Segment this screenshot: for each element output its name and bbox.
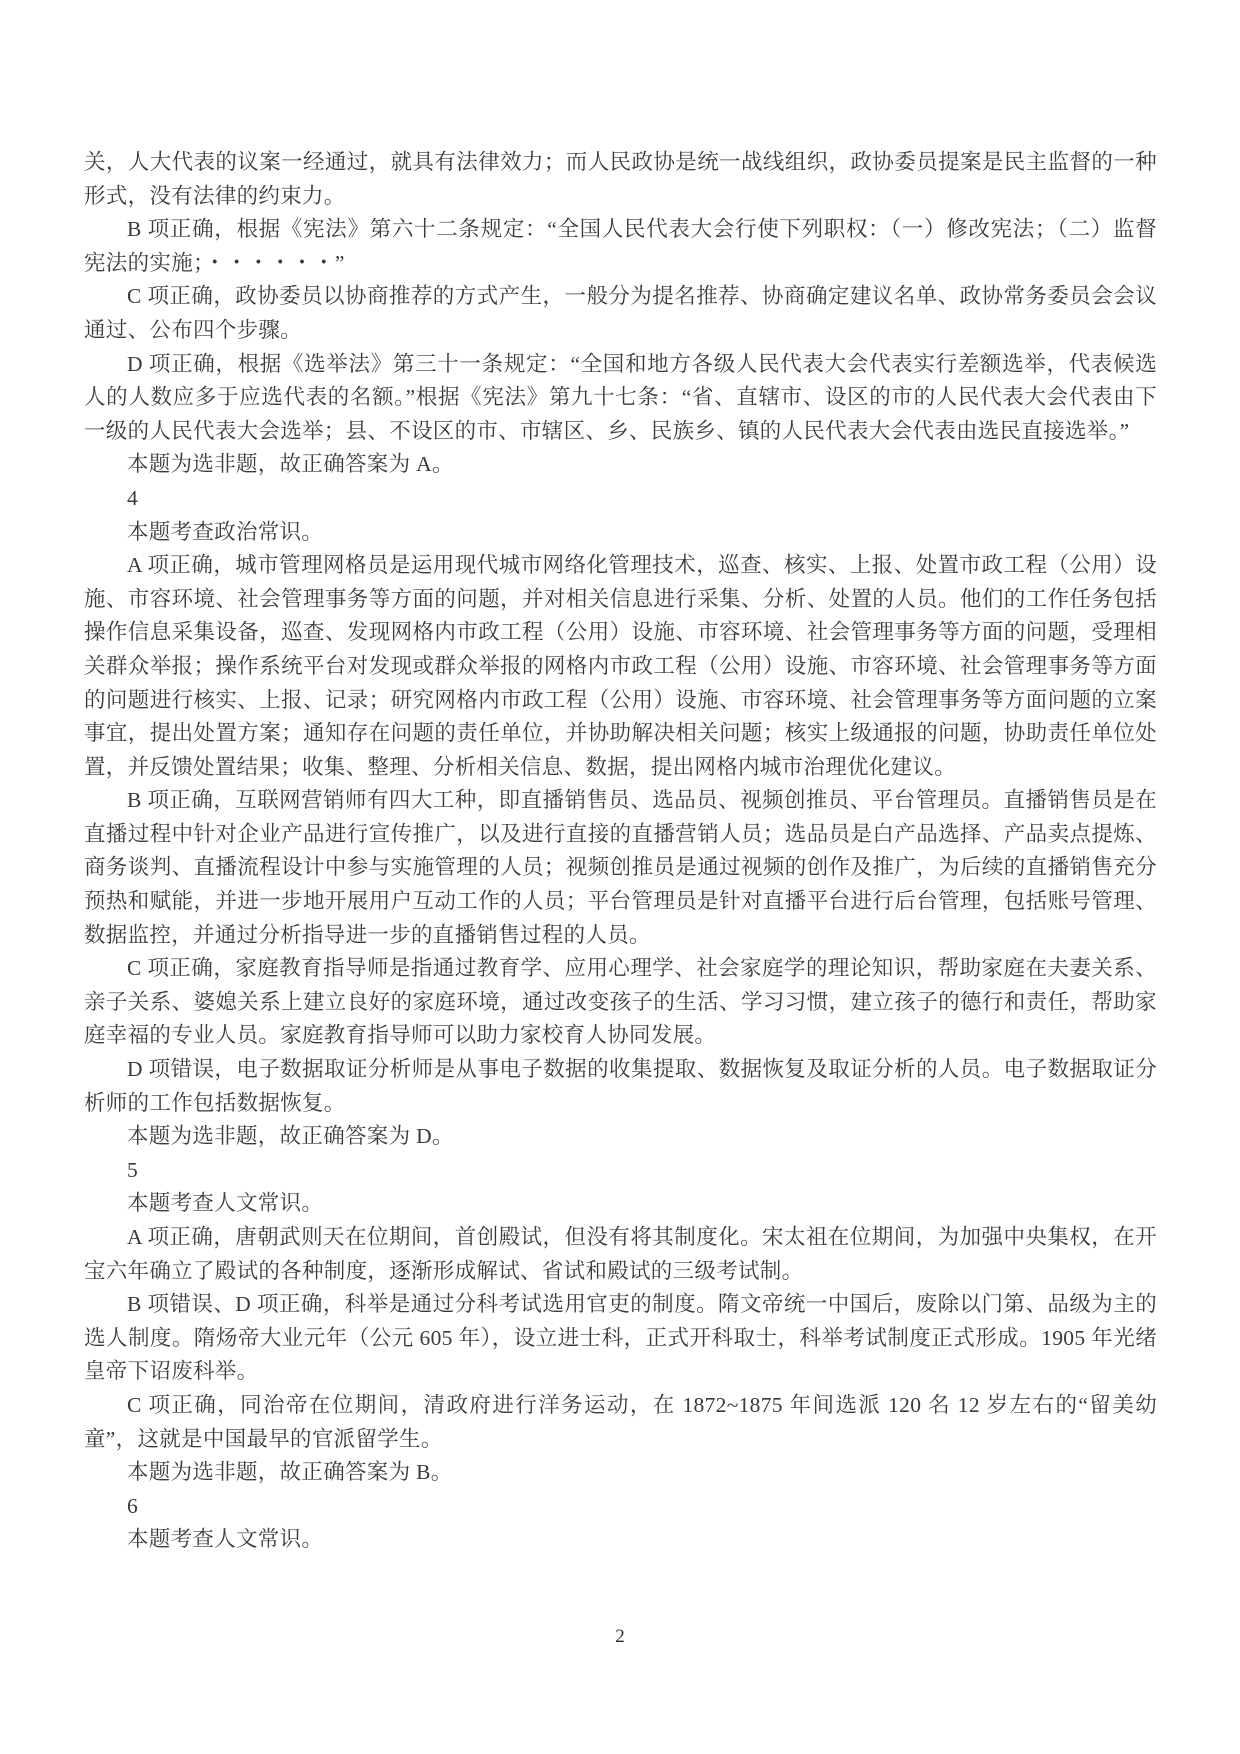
paragraph-option-d-q4: D 项错误，电子数据取证分析师是从事电子数据的收集提取、数据恢复及取证分析的人员… bbox=[84, 1053, 1157, 1120]
paragraph-option-c-q4: C 项正确，家庭教育指导师是指通过教育学、应用心理学、社会家庭学的理论知识，帮助… bbox=[84, 952, 1157, 1053]
paragraph-option-b-q4: B 项正确，互联网营销师有四大工种，即直播销售员、选品员、视频创推员、平台管理员… bbox=[84, 784, 1157, 952]
page-number: 2 bbox=[0, 1625, 1240, 1649]
question-number-6: 6 bbox=[84, 1490, 1157, 1524]
paragraph-topic-q5: 本题考查人文常识。 bbox=[84, 1187, 1157, 1221]
paragraph-answer-q3: 本题为选非题，故正确答案为 A。 bbox=[84, 448, 1157, 482]
paragraph-option-a-q5: A 项正确，唐朝武则天在位期间，首创殿试，但没有将其制度化。宋太祖在位期间，为加… bbox=[84, 1221, 1157, 1288]
paragraph-option-bd-q5: B 项错误、D 项正确，科举是通过分科考试选用官吏的制度。隋文帝统一中国后，废除… bbox=[84, 1288, 1157, 1389]
paragraph-answer-q4: 本题为选非题，故正确答案为 D。 bbox=[84, 1120, 1157, 1154]
question-number-5: 5 bbox=[84, 1154, 1157, 1188]
paragraph-continuation: 关，人大代表的议案一经通过，就具有法律效力；而人民政协是统一战线组织，政协委员提… bbox=[84, 146, 1157, 213]
paragraph-topic-q4: 本题考查政治常识。 bbox=[84, 516, 1157, 550]
paragraph-topic-q6: 本题考查人文常识。 bbox=[84, 1523, 1157, 1557]
question-number-4: 4 bbox=[84, 482, 1157, 516]
paragraph-option-d-q3: D 项正确，根据《选举法》第三十一条规定：“全国和地方各级人民代表大会代表实行差… bbox=[84, 348, 1157, 449]
document-page: 关，人大代表的议案一经通过，就具有法律效力；而人民政协是统一战线组织，政协委员提… bbox=[0, 0, 1240, 1754]
paragraph-option-c-q5: C 项正确，同治帝在位期间，清政府进行洋务运动，在 1872~1875 年间选派… bbox=[84, 1389, 1157, 1456]
paragraph-option-b-q3: B 项正确，根据《宪法》第六十二条规定：“全国人民代表大会行使下列职权：（一）修… bbox=[84, 213, 1157, 280]
paragraph-option-c-q3: C 项正确，政协委员以协商推荐的方式产生，一般分为提名推荐、协商确定建议名单、政… bbox=[84, 280, 1157, 347]
answer-explanations-text: 关，人大代表的议案一经通过，就具有法律效力；而人民政协是统一战线组织，政协委员提… bbox=[84, 146, 1157, 1557]
paragraph-answer-q5: 本题为选非题，故正确答案为 B。 bbox=[84, 1456, 1157, 1490]
paragraph-option-a-q4: A 项正确，城市管理网格员是运用现代城市网络化管理技术，巡查、核实、上报、处置市… bbox=[84, 549, 1157, 784]
